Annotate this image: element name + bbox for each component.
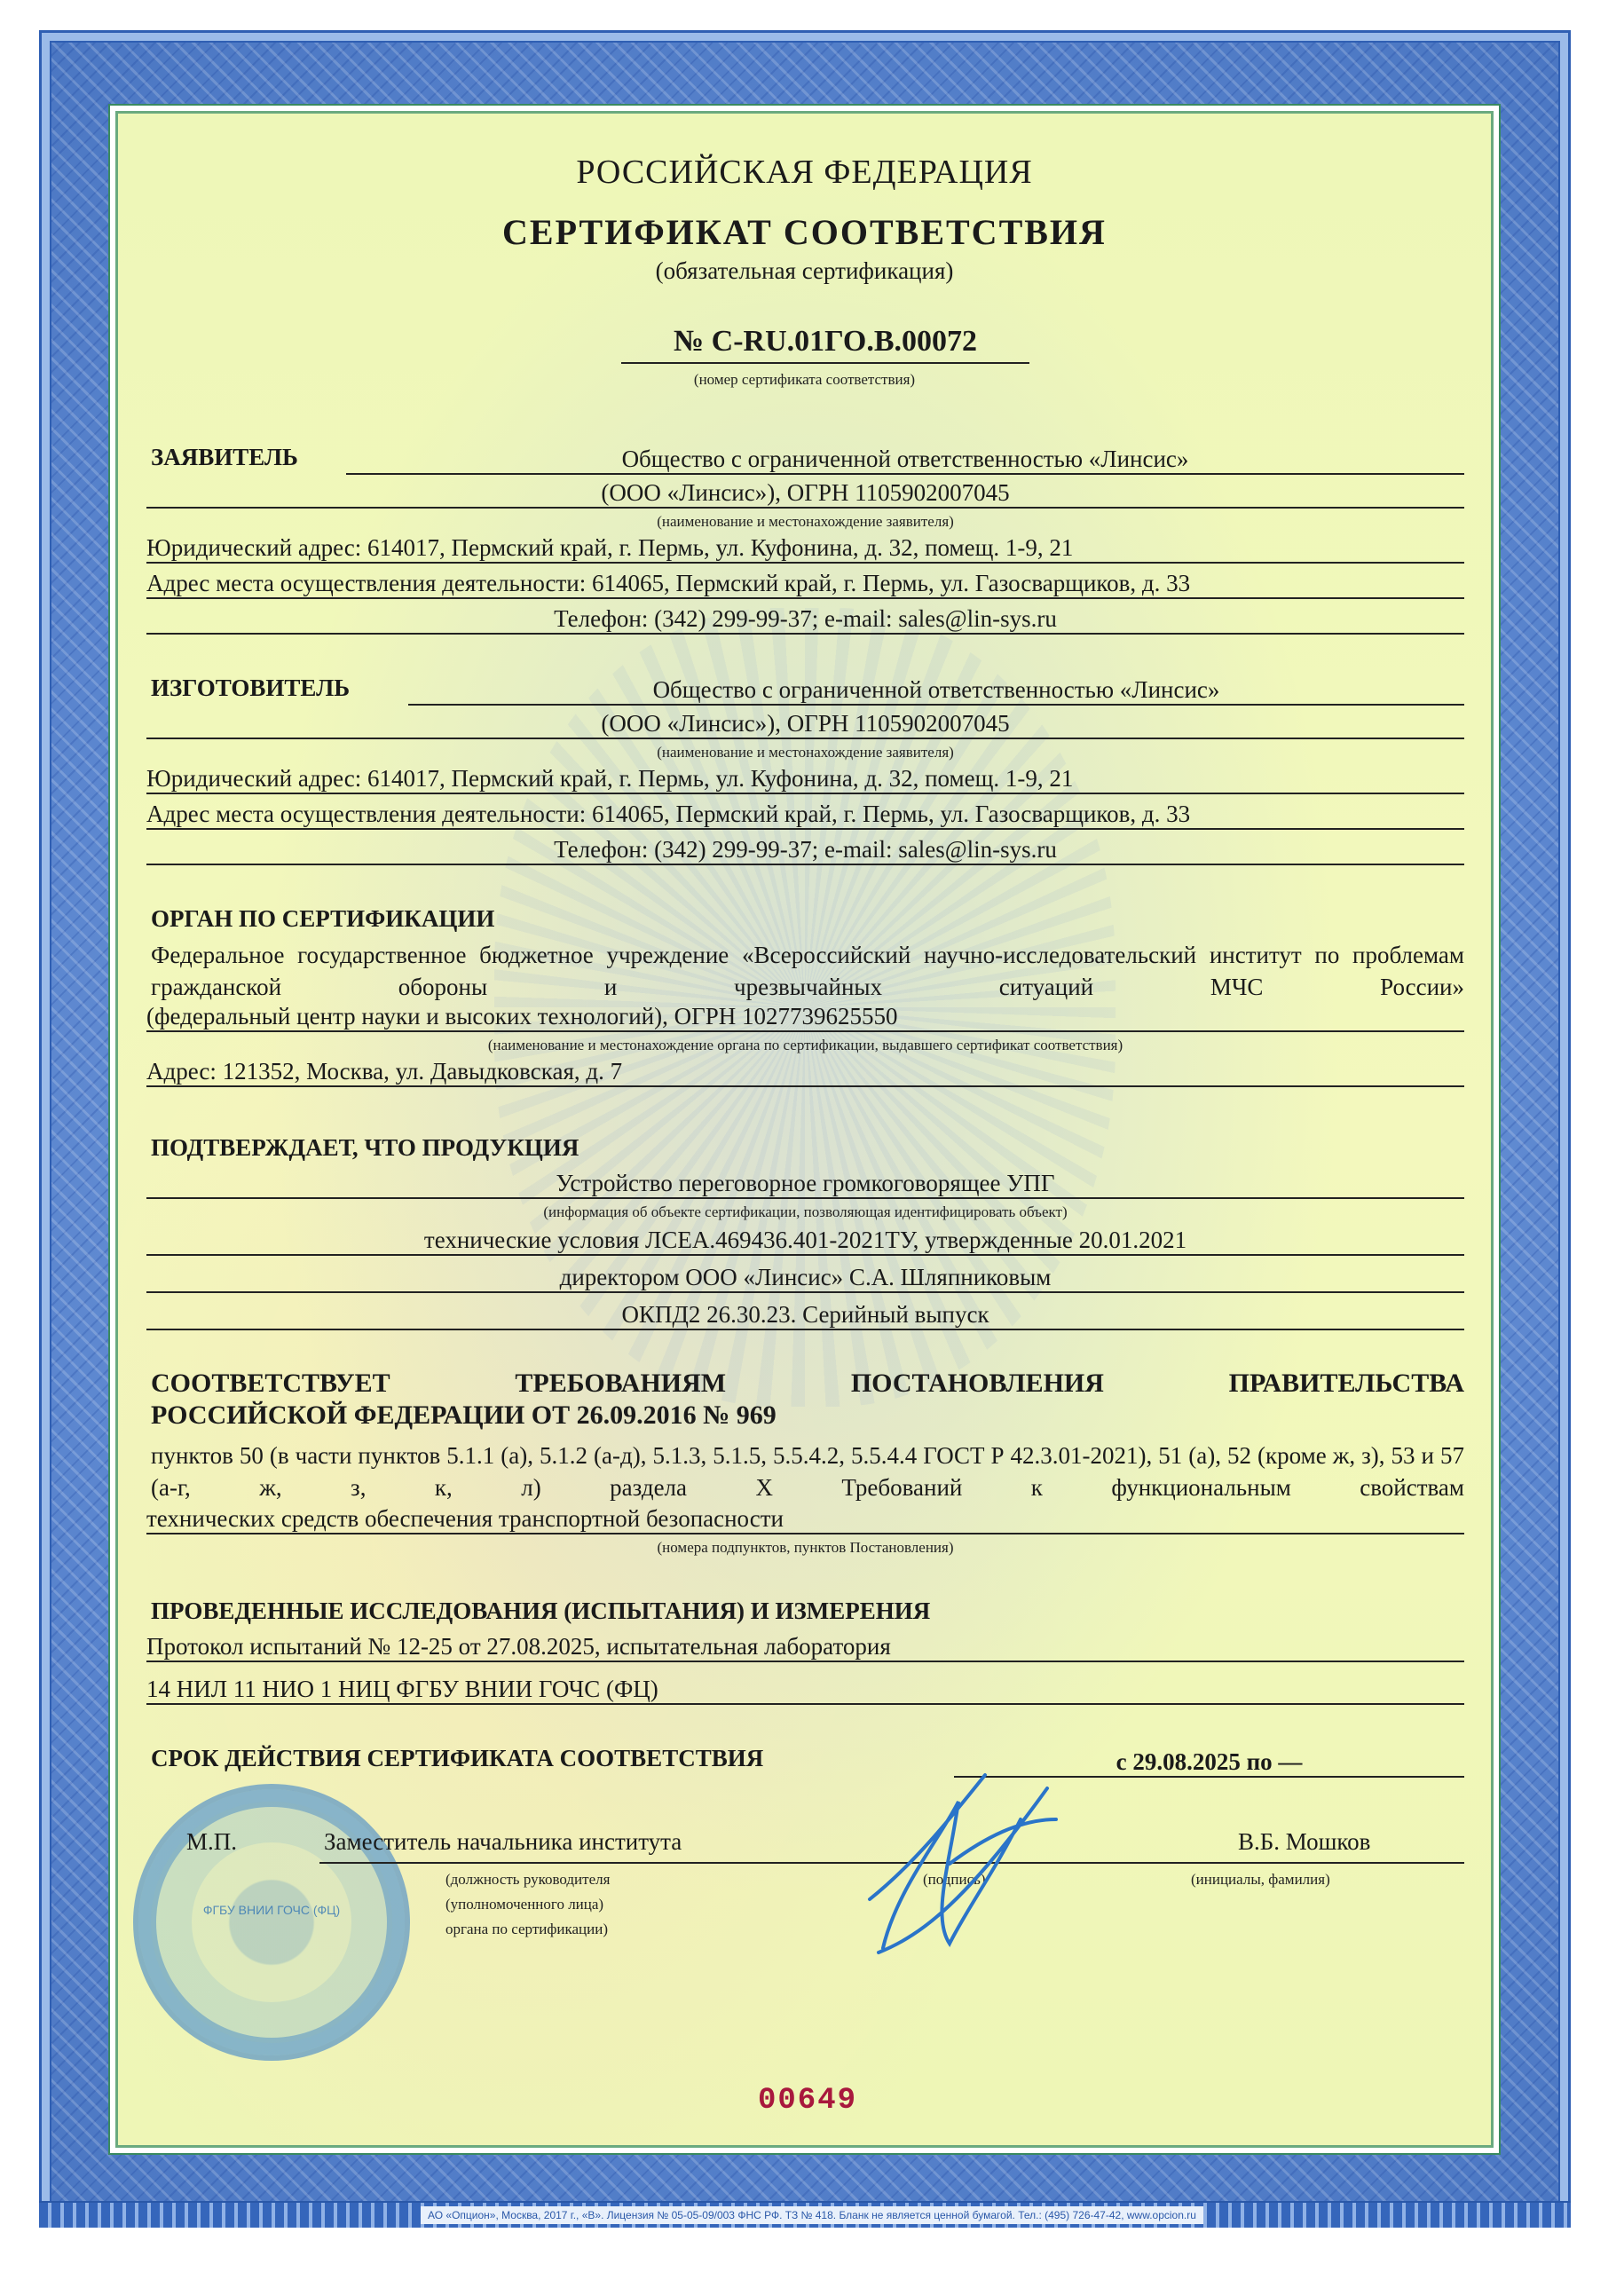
applicant-label: ЗАЯВИТЕЛЬ [151, 444, 298, 471]
certification-body-caption: (наименование и местонахождение органа п… [146, 1037, 1464, 1054]
product-caption: (информация об объекте сертификации, поз… [146, 1203, 1464, 1221]
position-caption-1: (должность руководителя [445, 1871, 610, 1889]
validity-label: СРОК ДЕЙСТВИЯ СЕРТИФИКАТА СООТВЕТСТВИЯ [151, 1745, 763, 1772]
certification-body-address: Адрес: 121352, Москва, ул. Давыдковская,… [146, 1058, 1464, 1087]
country-name: РОССИЙСКАЯ ФЕДЕРАЦИЯ [115, 153, 1494, 192]
certificate-number: № C-RU.01ГО.В.00072 [621, 325, 1029, 364]
blank-serial-number: 00649 [737, 2084, 879, 2118]
applicant-caption: (наименование и местонахождение заявител… [146, 513, 1464, 531]
compliance-label-line2: РОССИЙСКОЙ ФЕДЕРАЦИИ ОТ 26.09.2016 № 969 [151, 1400, 777, 1431]
signatory-position: Заместитель начальника института [324, 1828, 682, 1856]
signature-icon [843, 1766, 1074, 1970]
tests-lab: 14 НИЛ 11 НИО 1 НИЦ ФГБУ ВНИИ ГОЧС (ФЦ) [146, 1676, 1464, 1705]
stamp-place-mark: М.П. [186, 1828, 237, 1856]
product-label: ПОДТВЕРЖДАЕТ, ЧТО ПРОДУКЦИЯ [151, 1134, 579, 1162]
manufacturer-name-ogrn: (ООО «Линсис»), ОГРН 1105902007045 [146, 710, 1464, 739]
product-name: Устройство переговорное громкоговорящее … [146, 1170, 1464, 1199]
seal-text: ФГБУ ВНИИ ГОЧС (ФЦ) [138, 1903, 405, 1917]
certification-body-text: Федеральное государственное бюджетное уч… [151, 939, 1464, 1003]
compliance-text: пунктов 50 (в части пунктов 5.1.1 (а), 5… [151, 1440, 1464, 1503]
frame-footer: АО «Опцион», Москва, 2017 г., «В». Лицен… [39, 2201, 1571, 2228]
printer-info: АО «Опцион», Москва, 2017 г., «В». Лицен… [421, 2206, 1203, 2224]
manufacturer-activity-address: Адрес места осуществления деятельности: … [146, 801, 1464, 830]
certificate-number-caption: (номер сертификата соответствия) [115, 371, 1494, 389]
tests-label: ПРОВЕДЕННЫЕ ИССЛЕДОВАНИЯ (ИСПЫТАНИЯ) И И… [151, 1597, 930, 1625]
position-caption-2: (уполномоченного лица) [445, 1896, 603, 1913]
certificate-title: СЕРТИФИКАТ СООТВЕТСТВИЯ [115, 211, 1494, 253]
manufacturer-name: Общество с ограниченной ответственностью… [408, 676, 1464, 706]
compliance-label-line1: СООТВЕТСТВУЕТ ТРЕБОВАНИЯМ ПОСТАНОВЛЕНИЯ … [151, 1369, 1464, 1399]
applicant-name: Общество с ограниченной ответственностью… [346, 446, 1464, 475]
applicant-contacts: Телефон: (342) 299-99-37; e-mail: sales@… [146, 605, 1464, 635]
manufacturer-label: ИЗГОТОВИТЕЛЬ [151, 674, 350, 702]
compliance-text-last: технических средств обеспечения транспор… [146, 1505, 1464, 1534]
product-spec: технические условия ЛСЕА.469436.401-2021… [146, 1227, 1464, 1256]
name-caption: (инициалы, фамилия) [1191, 1871, 1330, 1889]
manufacturer-contacts: Телефон: (342) 299-99-37; e-mail: sales@… [146, 836, 1464, 865]
product-okpd: ОКПД2 26.30.23. Серийный выпуск [146, 1301, 1464, 1330]
certificate-subtitle: (обязательная сертификация) [115, 257, 1494, 285]
applicant-activity-address: Адрес места осуществления деятельности: … [146, 570, 1464, 599]
manufacturer-caption: (наименование и местонахождение заявител… [146, 744, 1464, 761]
compliance-caption: (номера подпунктов, пунктов Постановлени… [146, 1539, 1464, 1557]
certification-body-ogrn: (федеральный центр науки и высоких техно… [146, 1003, 1464, 1032]
product-approved-by: директором ООО «Линсис» С.А. Шляпниковым [146, 1264, 1464, 1293]
official-seal-icon: ФГБУ ВНИИ ГОЧС (ФЦ) [133, 1784, 410, 2061]
position-caption-3: органа по сертификации) [445, 1921, 608, 1938]
applicant-name-ogrn: (ООО «Линсис»), ОГРН 1105902007045 [146, 479, 1464, 509]
signatory-name: В.Б. Мошков [1238, 1828, 1370, 1856]
tests-protocol: Протокол испытаний № 12-25 от 27.08.2025… [146, 1633, 1464, 1662]
applicant-legal-address: Юридический адрес: 614017, Пермский край… [146, 534, 1464, 564]
certification-body-label: ОРГАН ПО СЕРТИФИКАЦИИ [151, 905, 494, 933]
manufacturer-legal-address: Юридический адрес: 614017, Пермский край… [146, 765, 1464, 794]
